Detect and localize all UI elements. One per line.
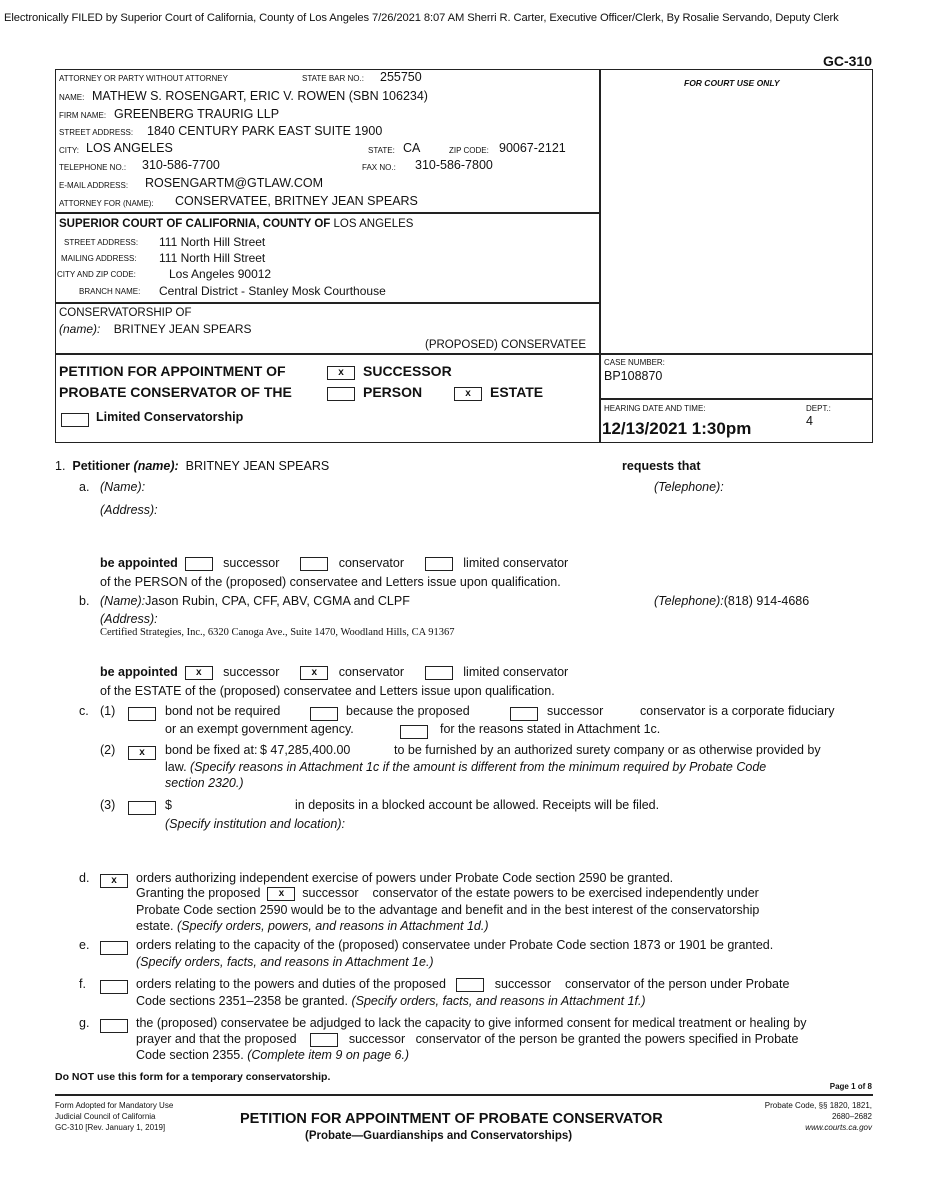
footer-revision: GC-310 [Rev. January 1, 2019]: [55, 1122, 173, 1133]
footer-divider: [55, 1094, 873, 1096]
c1-reasons-label: for the reasons stated in Attachment 1c.: [440, 722, 660, 736]
petitioner-label: Petitioner: [72, 459, 130, 473]
item-1d-estate: estate.: [136, 919, 174, 933]
court-branch-label: BRANCH NAME:: [79, 287, 140, 296]
zip-value: 90067-2121: [499, 141, 566, 155]
state-value: CA: [403, 141, 420, 155]
item-1c-letter: c.: [79, 704, 89, 718]
bond-specify-reasons: (Specify reasons in Attachment 1c if the…: [190, 760, 766, 774]
item-1g-prayer: prayer and that the proposed: [136, 1032, 297, 1046]
c1-exempt-agency: or an exempt government agency.: [165, 722, 354, 736]
hearing-value: 12/13/2021 1:30pm: [602, 419, 751, 439]
item-1c1-number: (1): [100, 704, 115, 718]
blocked-account-text: in deposits in a blocked account be allo…: [295, 798, 659, 812]
item-1f-letter: f.: [79, 977, 86, 991]
item-1e-line-1: orders relating to the capacity of the (…: [136, 938, 773, 952]
court-mailing-value: 111 North Hill Street: [159, 251, 265, 265]
bond-law: law.: [165, 760, 187, 774]
court-cityzip-value: Los Angeles 90012: [169, 267, 271, 281]
bond-surety-text: to be furnished by an authorized surety …: [394, 743, 821, 757]
because-proposed-checkbox[interactable]: [310, 705, 338, 723]
court-street-value: 111 North Hill Street: [159, 235, 265, 249]
item-1g-complete: (Complete item 9 on page 6.): [247, 1048, 409, 1062]
estate-checkbox[interactable]: x: [454, 385, 482, 403]
item-1a-limited-checkbox[interactable]: [425, 557, 453, 571]
court-use-box: [599, 69, 873, 355]
c1-corporate-fiduciary: conservator is a corporate fiduciary: [640, 704, 835, 718]
email-value: ROSENGARTM@GTLAW.COM: [145, 176, 323, 190]
attorney-for-label: ATTORNEY FOR (name):: [59, 199, 154, 208]
attorney-for-value: CONSERVATEE, BRITNEY JEAN SPEARS: [175, 194, 418, 208]
conservatee-role: (PROPOSED) CONSERVATEE: [425, 339, 586, 351]
blocked-specify: (Specify institution and location):: [165, 817, 345, 831]
item-1f-code: Code sections 2351–2358 be granted.: [136, 994, 348, 1008]
state-bar-label: STATE BAR NO.:: [302, 74, 364, 83]
blocked-account-checkbox[interactable]: [128, 799, 156, 817]
footer-adopted: Form Adopted for Mandatory Use: [55, 1100, 173, 1111]
item-1d-checkbox[interactable]: x: [100, 872, 128, 890]
item-1d-successor-checkbox[interactable]: x: [267, 887, 295, 901]
case-number-label: CASE NUMBER:: [604, 358, 665, 367]
court-branch-value: Central District - Stanley Mosk Courthou…: [159, 284, 386, 298]
item-1d-granting: Granting the proposed: [136, 886, 260, 900]
attorney-section-label: ATTORNEY OR PARTY WITHOUT ATTORNEY: [59, 74, 228, 83]
phone-value: 310-586-7700: [142, 158, 220, 172]
state-bar-value: 255750: [380, 70, 422, 84]
item-1f-successor-checkbox[interactable]: [456, 978, 484, 992]
item-1d-conservator-estate: conservator of the estate powers to be e…: [372, 886, 758, 900]
item-1c2-number: (2): [100, 743, 115, 757]
court-mailing-label: MAILING ADDRESS:: [61, 254, 137, 263]
bond-fixed-checkbox[interactable]: x: [128, 744, 156, 762]
item-1g-code: Code section 2355.: [136, 1048, 244, 1062]
firm-value: GREENBERG TRAURIG LLP: [114, 107, 279, 121]
conservatee-name: BRITNEY JEAN SPEARS: [114, 322, 252, 336]
successor-label: SUCCESSOR: [363, 363, 452, 379]
footer-website-link[interactable]: www.courts.ca.gov: [765, 1122, 872, 1133]
footer-title: PETITION FOR APPOINTMENT OF PROBATE CONS…: [240, 1111, 663, 1127]
conservatorship-heading: CONSERVATORSHIP OF: [59, 307, 192, 319]
item-1b-letter: b.: [79, 594, 89, 608]
c1-successor-label: successor: [547, 704, 603, 718]
phone-label: TELEPHONE NO.:: [59, 163, 126, 172]
page-indicator: Page 1 of 8: [830, 1082, 872, 1091]
item-1b-telephone-label: (Telephone):: [654, 594, 724, 608]
item-1b-address-label: (Address):: [100, 612, 158, 626]
item-1b-limited: limited conservator: [463, 665, 568, 679]
street-value: 1840 CENTURY PARK EAST SUITE 1900: [147, 124, 382, 138]
hearing-label: HEARING DATE AND TIME:: [604, 404, 706, 413]
item-1b-successor: successor: [223, 665, 279, 679]
bond-not-required-checkbox[interactable]: [128, 705, 156, 723]
requests-that: requests that: [622, 459, 701, 473]
temporary-warning: Do NOT use this form for a temporary con…: [55, 1071, 330, 1083]
footer-subtitle: (Probate—Guardianships and Conservatorsh…: [305, 1130, 572, 1142]
item-1a-conservator: conservator: [339, 556, 404, 570]
footer-probate-code-2: 2680–2682: [765, 1111, 872, 1122]
blocked-dollar: $: [165, 798, 172, 812]
conservatee-name-label: (name):: [59, 322, 100, 336]
item-1g-successor-checkbox[interactable]: [310, 1033, 338, 1047]
item-1e-line-2: (Specify orders, facts, and reasons in A…: [136, 955, 434, 969]
petitioner-name-label: (name):: [134, 459, 179, 473]
estate-label: ESTATE: [490, 384, 543, 400]
item-1b-name: Jason Rubin, CPA, CFF, ABV, CGMA and CLP…: [145, 594, 410, 608]
firm-label: FIRM NAME:: [59, 111, 106, 120]
bond-section: section 2320.): [165, 776, 244, 790]
name-label: NAME:: [59, 93, 84, 102]
item-1b-name-label: (Name):: [100, 594, 145, 608]
bond-fixed-label: bond be fixed at:: [165, 743, 257, 757]
item-1b-conservator-checkbox[interactable]: x: [300, 666, 328, 680]
item-1-number: 1.: [55, 459, 65, 473]
because-proposed-label: because the proposed: [346, 704, 470, 718]
item-1a-successor: successor: [223, 556, 279, 570]
item-1c3-number: (3): [100, 798, 115, 812]
item-1d-successor: successor: [302, 886, 358, 900]
item-1a-successor-checkbox[interactable]: [185, 557, 213, 571]
item-1f-checkbox[interactable]: [100, 978, 128, 996]
item-1b-limited-checkbox[interactable]: [425, 666, 453, 680]
item-1d-line-3: Probate Code section 2590 would be to th…: [136, 903, 759, 917]
case-number-value: BP108870: [604, 369, 662, 383]
item-1a-appointed: be appointed: [100, 556, 178, 570]
item-1a-letter: a.: [79, 480, 89, 494]
item-1g-line-1: the (proposed) conservatee be adjudged t…: [136, 1016, 807, 1030]
item-1f-successor: successor: [495, 977, 551, 991]
item-1a-of-line: of the PERSON of the (proposed) conserva…: [100, 575, 561, 589]
street-label: STREET ADDRESS:: [59, 128, 133, 137]
item-1b-address: Certified Strategies, Inc., 6320 Canoga …: [100, 627, 455, 638]
item-1a-name-label: (Name):: [100, 480, 145, 494]
state-label: STATE:: [368, 146, 395, 155]
item-1g-checkbox[interactable]: [100, 1017, 128, 1035]
item-1b-successor-checkbox[interactable]: x: [185, 666, 213, 680]
item-1e-letter: e.: [79, 938, 89, 952]
title-line-1: PETITION FOR APPOINTMENT OF: [59, 363, 286, 379]
title-line-2: PROBATE CONSERVATOR OF THE: [59, 384, 292, 400]
petitioner-name: BRITNEY JEAN SPEARS: [186, 459, 330, 473]
item-1d-letter: d.: [79, 871, 89, 885]
item-1b-telephone: (818) 914-4686: [724, 594, 809, 608]
item-1g-letter: g.: [79, 1016, 89, 1030]
footer-probate-code: Probate Code, §§ 1820, 1821,: [765, 1100, 872, 1111]
item-1a-address-label: (Address):: [100, 503, 158, 517]
city-label: CITY:: [59, 146, 79, 155]
item-1d-specify: (Specify orders, powers, and reasons in …: [177, 919, 489, 933]
item-1b-of-line: of the ESTATE of the (proposed) conserva…: [100, 684, 555, 698]
item-1b-conservator: conservator: [339, 665, 404, 679]
limited-conservatorship-checkbox[interactable]: [61, 411, 89, 429]
c1-reasons-checkbox[interactable]: [400, 723, 428, 741]
item-1a-conservator-checkbox[interactable]: [300, 557, 328, 571]
dept-label: DEPT.:: [806, 404, 831, 413]
item-1d-line-1: orders authorizing independent exercise …: [136, 871, 673, 885]
zip-label: ZIP CODE:: [449, 146, 489, 155]
item-1b-appointed: be appointed: [100, 665, 178, 679]
dept-value: 4: [806, 414, 813, 428]
item-1e-checkbox[interactable]: [100, 939, 128, 957]
limited-conservatorship-label: Limited Conservatorship: [96, 410, 243, 424]
c1-successor-checkbox[interactable]: [510, 705, 538, 723]
item-1f-powers: orders relating to the powers and duties…: [136, 977, 446, 991]
court-cityzip-label: CITY AND ZIP CODE:: [57, 270, 136, 279]
attorney-name-value: MATHEW S. ROSENGART, ERIC V. ROWEN (SBN …: [92, 89, 428, 103]
email-label: E-MAIL ADDRESS:: [59, 181, 128, 190]
item-1a-telephone-label: (Telephone):: [654, 480, 724, 494]
court-heading: SUPERIOR COURT OF CALIFORNIA, COUNTY OF: [59, 218, 330, 230]
form-number: GC-310: [823, 53, 872, 69]
item-1g-successor: successor: [349, 1032, 405, 1046]
item-1f-conservator-person: conservator of the person under Probate: [565, 977, 789, 991]
item-1g-conservator-person: conservator of the person be granted the…: [416, 1032, 799, 1046]
court-use-label: FOR COURT USE ONLY: [684, 78, 780, 88]
person-checkbox[interactable]: [327, 385, 355, 403]
fax-value: 310-586-7800: [415, 158, 493, 172]
bond-amount: $ 47,285,400.00: [260, 743, 350, 757]
item-1a-limited: limited conservator: [463, 556, 568, 570]
county-value: LOS ANGELES: [334, 218, 414, 230]
bond-not-required-label: bond not be required: [165, 704, 280, 718]
footer-council: Judicial Council of California: [55, 1111, 173, 1122]
fax-label: FAX NO.:: [362, 163, 396, 172]
item-1f-specify: (Specify orders, facts, and reasons in A…: [351, 994, 645, 1008]
person-label: PERSON: [363, 384, 422, 400]
city-value: LOS ANGELES: [86, 141, 173, 155]
successor-checkbox[interactable]: x: [327, 364, 355, 382]
court-street-label: STREET ADDRESS:: [64, 238, 138, 247]
filing-stamp: Electronically FILED by Superior Court o…: [4, 12, 839, 24]
